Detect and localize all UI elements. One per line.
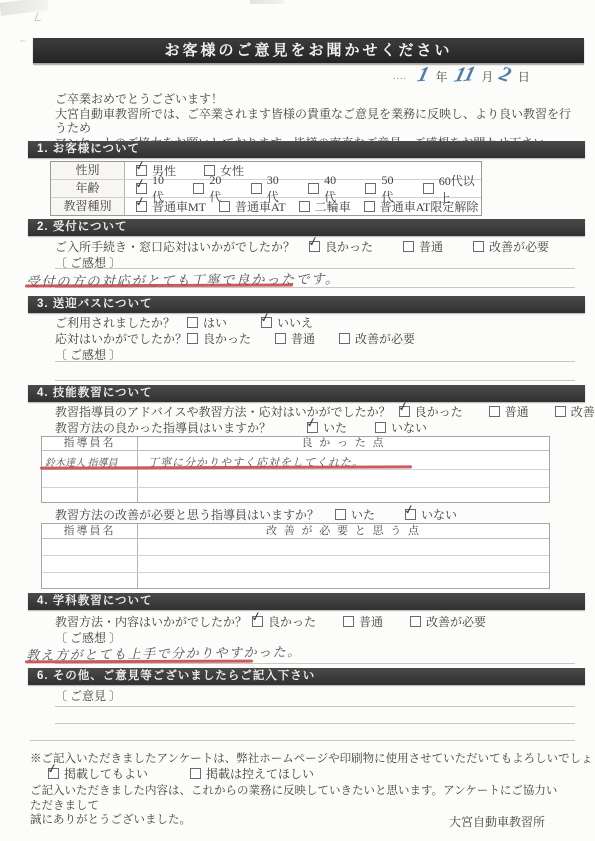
checkbox-option-improve[interactable]: 改善が必要 — [555, 403, 595, 420]
checkbox-option-good[interactable]: 良かった — [187, 330, 251, 347]
column-header-point: 改 善 が 必 要 と 思 う 点 — [138, 524, 549, 538]
comment-label: 〔 ご意見 〕 — [55, 687, 121, 704]
checkbox-option-mt[interactable]: 普通車MT — [136, 198, 206, 215]
table-row-empty — [42, 556, 549, 573]
checkbox-option-no[interactable]: いいえ — [261, 314, 313, 331]
checkbox-option-normal[interactable]: 普通 — [275, 330, 315, 347]
row-label: 教習種別 — [51, 198, 125, 215]
section-title-bus: 3. 送迎バスについて — [28, 296, 585, 313]
row-label: 年齢 — [51, 180, 125, 197]
reception-question-line: ご入所手続き・窓口応対はいかがでしたか？ 良かった 普通 改善が必要 — [55, 238, 549, 255]
column-header-name: 指導員名 — [42, 437, 138, 450]
school-signature: 大宮自動車教習所 — [30, 813, 545, 830]
checkbox-icon[interactable] — [187, 333, 198, 344]
checkbox-option-normal[interactable]: 普通 — [489, 403, 529, 420]
checkbox-option-ita[interactable]: いた — [335, 506, 375, 523]
checkbox-option-publish-ok[interactable]: 掲載してもよい — [48, 765, 148, 782]
checkbox-option-normal[interactable]: 普通 — [343, 613, 383, 630]
checkbox-option-ita[interactable]: いた — [307, 419, 347, 436]
checkbox-option-good[interactable]: 良かった — [399, 403, 463, 420]
lecture-question-line: 教習方法・内容はいかがでしたか？ 良かった 普通 改善が必要 — [55, 613, 486, 630]
checkbox-label: 普通 — [291, 330, 315, 347]
table-row-empty — [42, 470, 549, 488]
checkbox-label: 普通 — [505, 403, 529, 420]
checkbox-label: いた — [323, 419, 347, 436]
checkbox-option-improve[interactable]: 改善が必要 — [410, 613, 486, 630]
checkbox-icon[interactable] — [204, 165, 215, 176]
section-title-other: 6. その他、ご意見等ございましたらご記入下さい — [28, 668, 585, 685]
checkbox-label: 良かった — [268, 613, 316, 630]
year-label: 年 — [436, 68, 448, 85]
checkbox-label: 普通車AT — [235, 198, 286, 215]
checkbox-icon[interactable] — [343, 616, 354, 627]
intro-line: ご卒業おめでとうございます！ — [55, 92, 575, 107]
ruled-line — [55, 663, 575, 664]
checkbox-option-improve[interactable]: 改善が必要 — [473, 238, 549, 255]
column-header-point: 良 か っ た 点 — [138, 437, 549, 450]
checkbox-label: いない — [391, 419, 427, 436]
question-text: 応対はいかがでしたか？ — [55, 330, 173, 347]
checkbox-option-improve[interactable]: 改善が必要 — [339, 330, 415, 347]
ruled-line — [55, 706, 575, 707]
question-text: ご利用されましたか？ — [55, 314, 173, 331]
checkbox-label: 普通 — [359, 613, 383, 630]
scan-smudge — [250, 0, 284, 4]
bus-service-question-line: 応対はいかがでしたか？ 良かった 普通 改善が必要 — [55, 330, 415, 347]
checkbox-icon[interactable] — [403, 241, 414, 252]
checkbox-icon[interactable] — [335, 509, 346, 520]
checkbox-icon[interactable] — [364, 201, 375, 212]
checkbox-option-bike[interactable]: 二輪車 — [299, 198, 351, 215]
checkbox-label: 掲載は控えてほしい — [206, 765, 314, 782]
checkbox-icon[interactable] — [375, 422, 386, 433]
table-row-empty — [42, 488, 549, 502]
checkbox-icon[interactable] — [193, 183, 204, 194]
checkbox-icon[interactable] — [423, 183, 434, 194]
checkbox-option-good[interactable]: 良かった — [309, 238, 373, 255]
checkbox-icon[interactable] — [489, 406, 500, 417]
checkbox-icon[interactable] — [136, 201, 147, 212]
month-label: 月 — [481, 68, 493, 85]
checkbox-icon[interactable] — [219, 201, 230, 212]
scanned-survey-form: お客様のご意見をお聞かせください .... 1 年 11 月 2 日 ご卒業おめ… — [0, 0, 595, 841]
handwritten-month: 11 — [451, 61, 478, 87]
section-title-skill: 4. 技能教習について — [28, 385, 585, 402]
ruled-line — [55, 287, 575, 288]
table-header-row: 指導員名 良 か っ た 点 — [42, 437, 549, 451]
checkbox-label: 掲載してもよい — [64, 765, 148, 782]
checkbox-icon[interactable] — [473, 241, 484, 252]
handwritten-day: 2 — [497, 60, 515, 87]
checkbox-option-at[interactable]: 普通車AT — [219, 198, 286, 215]
checkbox-label: 良かった — [415, 403, 463, 420]
ruled-line — [55, 723, 575, 724]
table-row-empty — [42, 573, 549, 588]
checkbox-icon[interactable] — [252, 616, 263, 627]
table-row-empty — [42, 539, 549, 556]
checkbox-label: 二輪車 — [315, 198, 351, 215]
pencil-mark — [35, 12, 44, 21]
publish-permission-note: ※ご記入いただきましたアンケートは、弊社ホームページや印刷物に使用させていただい… — [30, 750, 595, 766]
closing-line: ご記入いただきました内容は、これからの業務に反映していきたいと思います。アンケー… — [30, 784, 560, 813]
checkbox-icon[interactable] — [187, 317, 198, 328]
checkbox-icon[interactable] — [365, 183, 376, 194]
checkbox-icon[interactable] — [308, 183, 319, 194]
checkbox-label: 良かった — [203, 330, 251, 347]
handwritten-year: 1 — [415, 61, 432, 87]
improve-instructor-table: 指導員名 改 善 が 必 要 と 思 う 点 — [41, 523, 550, 589]
table-header-row: 指導員名 改 善 が 必 要 と 思 う 点 — [42, 524, 549, 539]
checkbox-icon[interactable] — [275, 333, 286, 344]
skill-q1-line: 教習指導員のアドバイスや教習方法・応対はいかがでしたか？ 良かった 普通 改善が… — [55, 403, 595, 420]
date-line: .... 1 年 11 月 2 日 — [393, 62, 530, 90]
checkbox-icon[interactable] — [399, 406, 410, 417]
checkbox-label: 普通車MT — [152, 198, 206, 215]
row-label: 性別 — [51, 162, 125, 179]
ruled-line — [30, 740, 575, 741]
good-instructor-table: 指導員名 良 か っ た 点 鈴木達人 指導員 丁寧に分かりやすく応対をしてくれ… — [41, 436, 550, 503]
checkbox-option-at-limited[interactable]: 普通車AT限定解除 — [364, 198, 479, 215]
table-row-course: 教習種別 普通車MT 普通車AT 二輪車 普通車AT限定解除 — [51, 198, 481, 215]
checkbox-icon[interactable] — [410, 616, 421, 627]
section-title-customer: 1. お客様について — [28, 141, 585, 158]
checkbox-label: 改善が必要 — [355, 330, 415, 347]
checkbox-option-inai[interactable]: いない — [405, 506, 457, 523]
checkbox-icon[interactable] — [555, 406, 566, 417]
checkbox-icon[interactable] — [136, 165, 147, 176]
question-text: 教習方法の良かった指導員はいますか？ — [55, 419, 293, 436]
scan-smudge — [20, 40, 27, 42]
form-title-bar: お客様のご意見をお聞かせください — [33, 38, 584, 63]
question-text: 教習方法の改善が必要と思う指導員はいますか？ — [55, 506, 319, 523]
checkbox-label: いない — [421, 506, 457, 523]
checkbox-icon[interactable] — [136, 183, 147, 194]
ruled-line — [55, 361, 575, 362]
checkbox-icon[interactable] — [405, 509, 416, 520]
dotted-leader: .... — [393, 71, 407, 82]
checkbox-icon[interactable] — [261, 317, 272, 328]
section-title-lecture: 4. 学科教習について — [28, 593, 585, 610]
checkbox-label: 普通 — [419, 238, 443, 255]
checkbox-option-inai[interactable]: いない — [375, 419, 427, 436]
question-text: ご入所手続き・窓口応対はいかがでしたか？ — [55, 238, 295, 255]
checkbox-label: いた — [351, 506, 375, 523]
checkbox-label: 良かった — [325, 238, 373, 255]
checkbox-icon[interactable] — [307, 422, 318, 433]
checkbox-option-good[interactable]: 良かった — [252, 613, 316, 630]
checkbox-option-publish-no[interactable]: 掲載は控えてほしい — [190, 765, 314, 782]
bus-used-question-line: ご利用されましたか？ はい いいえ — [55, 314, 313, 331]
checkbox-icon[interactable] — [299, 201, 310, 212]
day-label: 日 — [518, 68, 530, 85]
checkbox-label: 改善が必要 — [426, 613, 486, 630]
checkbox-label: 普通車AT限定解除 — [380, 198, 479, 215]
checkbox-label: 改善が必要 — [571, 403, 595, 420]
checkbox-icon[interactable] — [309, 241, 320, 252]
question-text: 教習方法・内容はいかがでしたか？ — [55, 613, 238, 630]
checkbox-icon[interactable] — [48, 768, 59, 779]
column-header-name: 指導員名 — [42, 524, 138, 538]
checkbox-icon[interactable] — [339, 333, 350, 344]
intro-line: 大宮自動車教習所では、ご卒業されます皆様の貴重なご意見を業務に反映し、より良い教… — [55, 107, 575, 136]
skill-q3-line: 教習方法の改善が必要と思う指導員はいますか？ いた いない — [55, 506, 457, 523]
section-title-reception: 2. 受付について — [28, 219, 585, 236]
table-row-age: 年齢 10代 20代 30代 40代 50代 60代以上 — [51, 180, 481, 198]
ruled-line — [55, 380, 575, 381]
publish-options-line: 掲載してもよい 掲載は控えてほしい — [48, 765, 314, 782]
skill-q2-line: 教習方法の良かった指導員はいますか？ いた いない — [55, 419, 427, 436]
checkbox-label: 改善が必要 — [489, 238, 549, 255]
question-text: 教習指導員のアドバイスや教習方法・応対はいかがでしたか？ — [55, 403, 391, 420]
customer-table: 性別 男性 女性 年齢 10代 20代 30代 40代 50代 60代以上 教習… — [50, 161, 482, 216]
checkbox-option-yes[interactable]: はい — [187, 314, 227, 331]
checkbox-label: はい — [203, 314, 227, 331]
checkbox-option-normal[interactable]: 普通 — [403, 238, 443, 255]
checkbox-icon[interactable] — [190, 768, 201, 779]
checkbox-label: いいえ — [277, 314, 313, 331]
checkbox-icon[interactable] — [251, 183, 262, 194]
